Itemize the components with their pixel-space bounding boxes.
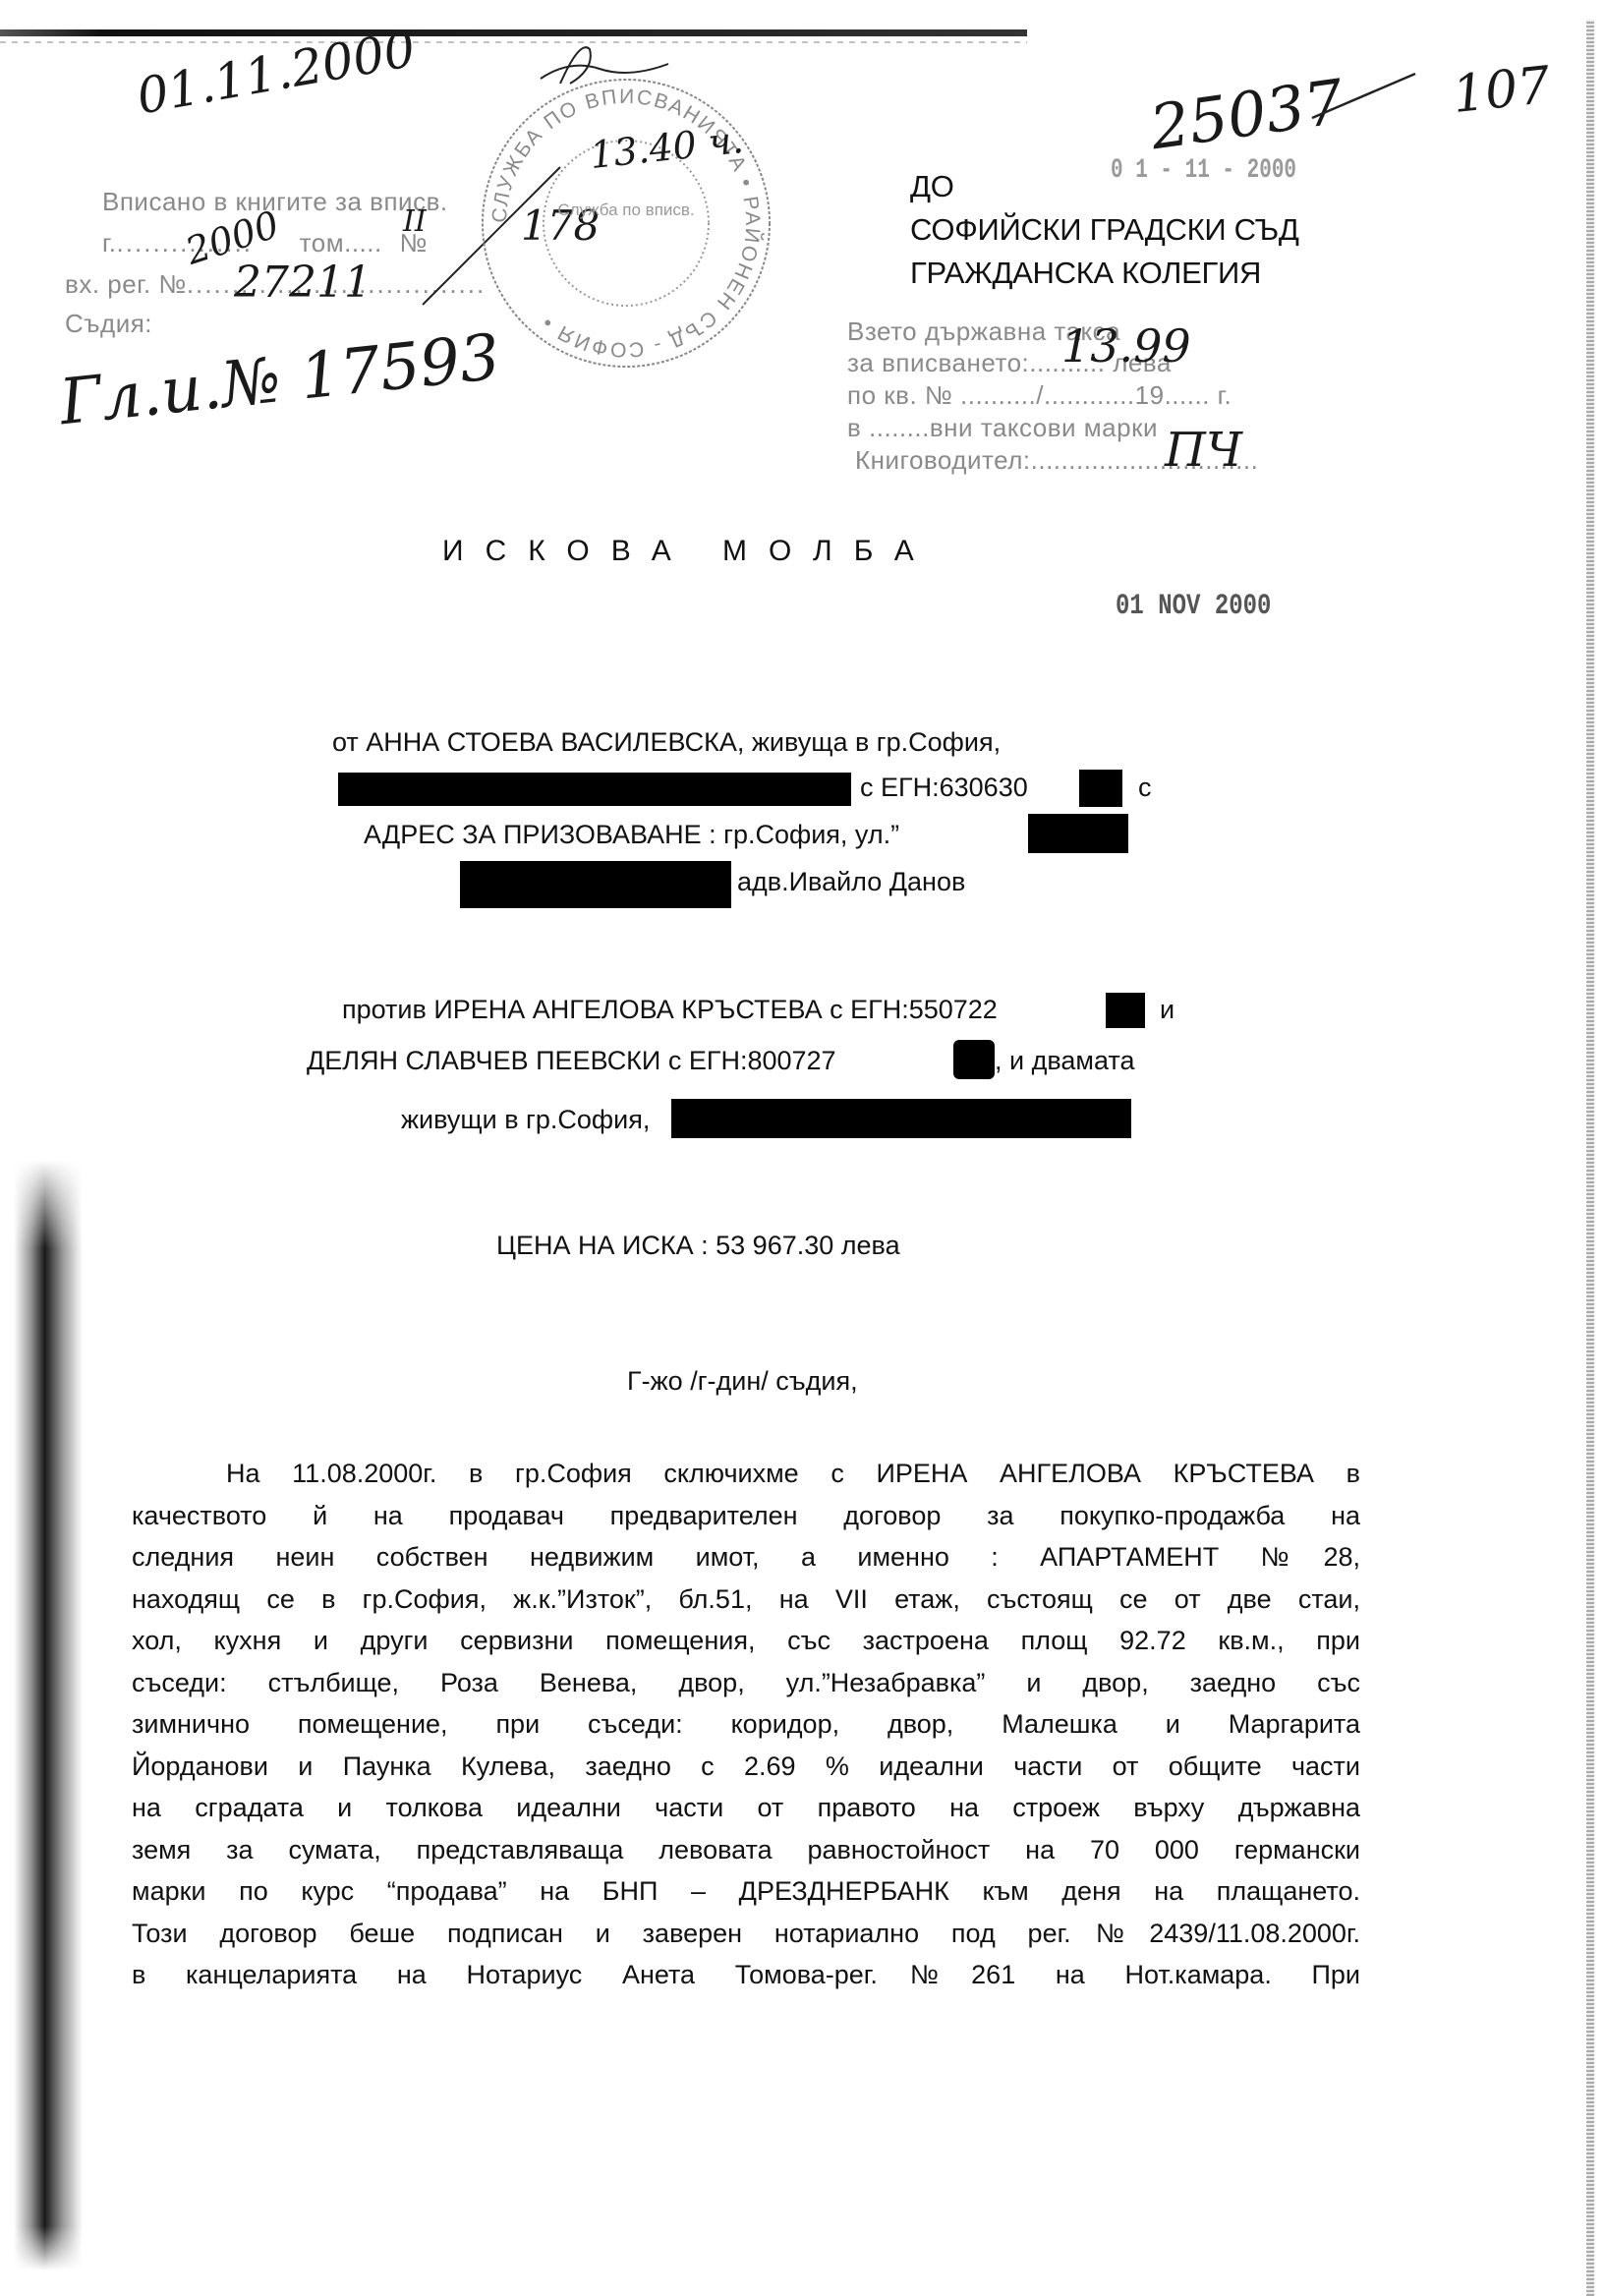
fee-stamp-line4: в ........вни таксови марки bbox=[847, 413, 1158, 443]
body-line: земя за сумата, представляваща левовата … bbox=[132, 1829, 1360, 1871]
defendant1: против ИРЕНА АНГЕЛОВА КРЪСТЕВА с ЕГН:550… bbox=[342, 995, 998, 1025]
body-line: съседи: стълбище, Роза Венева, двор, ул.… bbox=[132, 1662, 1360, 1704]
defendants-residence: живущи в гр.София, bbox=[401, 1105, 650, 1135]
date-stamp-received: 0 1 - 11 - 2000 bbox=[1111, 155, 1296, 186]
redaction-plaintiff-address bbox=[338, 773, 851, 806]
signature-scribble bbox=[531, 39, 688, 98]
plaintiff-line1: от АННА СТОЕВА ВАСИЛЕВСКА, живуща в гр.С… bbox=[332, 727, 1001, 758]
body-paragraph: На 11.08.2000г. в гр.София сключихме с И… bbox=[132, 1453, 1360, 1996]
redaction-defendants-address bbox=[671, 1099, 1131, 1138]
addressee-court: СОФИЙСКИ ГРАДСКИ СЪД bbox=[910, 212, 1299, 248]
registry-stamp-line1: Вписано в книгите за вписв. bbox=[102, 187, 448, 217]
scan-edge-top bbox=[0, 29, 1027, 36]
handwritten-fee-amount: 13.99 bbox=[1061, 319, 1191, 373]
plaintiff-egn-tail: с bbox=[1138, 773, 1152, 803]
redaction-plaintiff-egn bbox=[1079, 770, 1122, 807]
redaction-defendant2-egn bbox=[953, 1040, 995, 1079]
body-line: в канцеларията на Нотариус Анета Томова-… bbox=[132, 1954, 1360, 1996]
document-title: ИСКОВА МОЛБА bbox=[442, 535, 936, 568]
salutation: Г-жо /г-дин/ съдия, bbox=[627, 1366, 858, 1397]
defendant2: ДЕЛЯН СЛАВЧЕВ ПЕЕВСКИ с ЕГН:800727 bbox=[307, 1046, 836, 1076]
plaintiff-service-address: АДРЕС ЗА ПРИЗОВАВАНЕ : гр.София, ул.” bbox=[364, 820, 899, 850]
body-line: На 11.08.2000г. в гр.София сключихме с И… bbox=[132, 1453, 1360, 1495]
body-line: следния неин собствен недвижим имот, а и… bbox=[132, 1536, 1360, 1578]
scan-edge-right bbox=[1586, 20, 1594, 2296]
handwritten-entry-no: 27211 bbox=[234, 258, 372, 308]
addressee-division: ГРАЖДАНСКА КОЛЕГИЯ bbox=[910, 256, 1261, 291]
body-line: зимнично помещение, при съседи: коридор,… bbox=[132, 1703, 1360, 1746]
svg-text:Служба по вписв.: Служба по вписв. bbox=[557, 201, 694, 219]
date-stamp-nov: 01 NOV 2000 bbox=[1116, 590, 1271, 623]
handwritten-page-number: 107 bbox=[1450, 56, 1553, 125]
body-line: Този договор беше подписан и заверен нот… bbox=[132, 1913, 1360, 1955]
registry-stamp-line4: Съдия: bbox=[65, 309, 152, 339]
body-line: Йорданови и Паунка Кулева, заедно с 2.69… bbox=[132, 1746, 1360, 1788]
defendant2-tail: , и двамата bbox=[995, 1046, 1134, 1076]
scan-edge-top-noise bbox=[0, 41, 1027, 43]
plaintiff-egn: с ЕГН:630630 bbox=[860, 773, 1028, 803]
addressee-to: ДО bbox=[910, 169, 954, 204]
body-line: на сградата и толкова идеални части от п… bbox=[132, 1787, 1360, 1829]
fee-stamp-line3: по кв. № ........../............19......… bbox=[847, 380, 1232, 411]
handwritten-bookkeeper-sign: ПЧ bbox=[1165, 423, 1242, 478]
body-line: находящ се в гр.София, ж.к.”Изток”, бл.5… bbox=[132, 1578, 1360, 1621]
scan-shadow-left bbox=[14, 1160, 83, 2270]
redaction-service-street bbox=[1028, 814, 1128, 853]
redaction-defendant1-egn bbox=[1106, 993, 1145, 1028]
claim-value: ЦЕНА НА ИСКА : 53 967.30 лева bbox=[496, 1231, 900, 1261]
body-line: качеството й на продавач предварителен д… bbox=[132, 1495, 1360, 1537]
case-number-underline bbox=[1307, 69, 1425, 128]
body-line: марки по курс “продава” на БНП – ДРЕЗДНЕ… bbox=[132, 1870, 1360, 1913]
redaction-service-address bbox=[460, 861, 731, 908]
defendant1-tail: и bbox=[1160, 995, 1174, 1025]
plaintiff-attorney: адв.Ивайло Данов bbox=[737, 867, 965, 897]
body-line: хол, кухня и други сервизни помещения, с… bbox=[132, 1620, 1360, 1662]
